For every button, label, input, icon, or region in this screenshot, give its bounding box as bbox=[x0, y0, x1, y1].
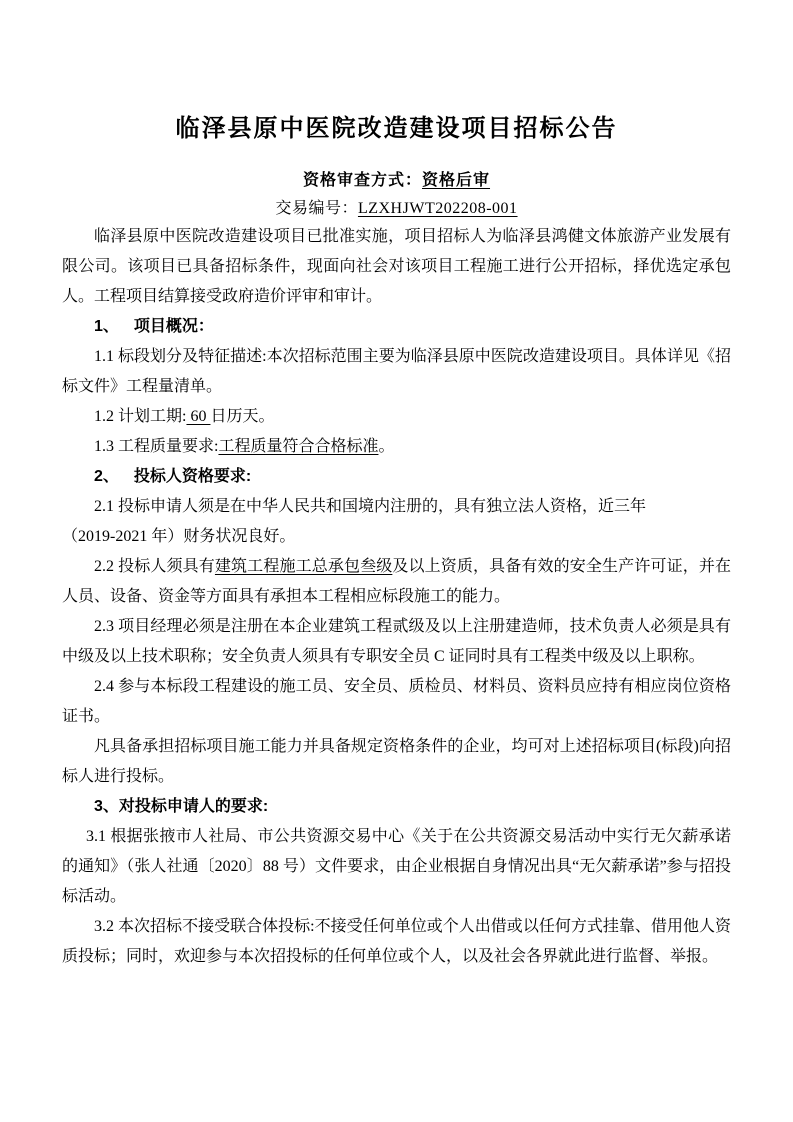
section-3-number: 3、 bbox=[94, 798, 119, 815]
para-2-1-line1: 2.1 投标申请人须是在中华人民共和国境内注册的，具有独立法人资格，近三年 bbox=[94, 498, 646, 515]
section-1-number: 1、 bbox=[94, 318, 119, 335]
para-1-3-suffix: 。 bbox=[378, 438, 394, 455]
para-2-1-line2: （2019-2021 年）财务状况良好。 bbox=[62, 528, 295, 545]
para-2-2-qualification-grade: 建筑工程施工总承包叁级 bbox=[215, 558, 392, 575]
page-title: 临泽县原中医院改造建设项目招标公告 bbox=[62, 112, 731, 146]
para-2-3: 2.3 项目经理必须是注册在本企业建筑工程贰级及以上注册建造师，技术负责人必须是… bbox=[62, 612, 731, 672]
para-1-3-prefix: 1.3 工程质量要求: bbox=[94, 438, 218, 455]
document-body: 临泽县原中医院改造建设项目已批准实施，项目招标人为临泽县鸿健文体旅游产业发展有限… bbox=[62, 222, 731, 972]
para-2-1: 2.1 投标申请人须是在中华人民共和国境内注册的，具有独立法人资格，近三年（20… bbox=[62, 492, 731, 552]
document-page: 临泽县原中医院改造建设项目招标公告 资格审查方式：资格后审 交易编号：LZXHJ… bbox=[0, 0, 793, 1122]
para-2-5: 凡具备承担招标项目施工能力并具备规定资格条件的企业，均可对上述招标项目(标段)向… bbox=[62, 732, 731, 792]
para-3-2: 3.2 本次招标不接受联合体投标:不接受任何单位或个人出借或以任何方式挂靠、借用… bbox=[62, 912, 731, 972]
qualification-line: 资格审查方式：资格后审 bbox=[62, 170, 731, 192]
para-2-4: 2.4 参与本标段工程建设的施工员、安全员、质检员、材料员、资料员应持有相应岗位… bbox=[62, 672, 731, 732]
transaction-label: 交易编号： bbox=[275, 200, 358, 217]
section-1-title: 项目概况： bbox=[134, 318, 214, 335]
section-2-heading: 2、投标人资格要求: bbox=[62, 462, 731, 492]
para-2-2-prefix: 2.2 投标人须具有 bbox=[94, 558, 215, 575]
para-1-1: 1.1 标段划分及特征描述:本次招标范围主要为临泽县原中医院改造建设项目。具体详… bbox=[62, 342, 731, 402]
section-3-title: 对投标申请人的要求: bbox=[119, 798, 268, 815]
para-1-2: 1.2 计划工期: 60 日历天。 bbox=[62, 402, 731, 432]
para-1-3-quality-standard: 工程质量符合合格标准 bbox=[218, 438, 378, 455]
qualification-label: 资格审查方式： bbox=[303, 172, 422, 189]
section-2-title: 投标人资格要求: bbox=[134, 468, 251, 485]
para-1-2-duration: 60 bbox=[186, 408, 210, 425]
transaction-line: 交易编号：LZXHJWT202208-001 bbox=[62, 198, 731, 220]
section-2-number: 2、 bbox=[94, 468, 119, 485]
section-1-heading: 1、项目概况： bbox=[62, 312, 731, 342]
section-3-heading: 3、对投标申请人的要求: bbox=[62, 792, 731, 822]
intro-paragraph: 临泽县原中医院改造建设项目已批准实施，项目招标人为临泽县鸿健文体旅游产业发展有限… bbox=[62, 222, 731, 312]
transaction-number: LZXHJWT202208-001 bbox=[358, 200, 518, 217]
para-1-3: 1.3 工程质量要求:工程质量符合合格标准。 bbox=[62, 432, 731, 462]
para-1-2-suffix: 日历天。 bbox=[210, 408, 274, 425]
para-1-2-prefix: 1.2 计划工期: bbox=[94, 408, 186, 425]
para-2-2: 2.2 投标人须具有建筑工程施工总承包叁级及以上资质，具备有效的安全生产许可证，… bbox=[62, 552, 731, 612]
para-3-1: 3.1 根据张掖市人社局、市公共资源交易中心《关于在公共资源交易活动中实行无欠薪… bbox=[62, 822, 731, 912]
qualification-value: 资格后审 bbox=[422, 172, 490, 189]
